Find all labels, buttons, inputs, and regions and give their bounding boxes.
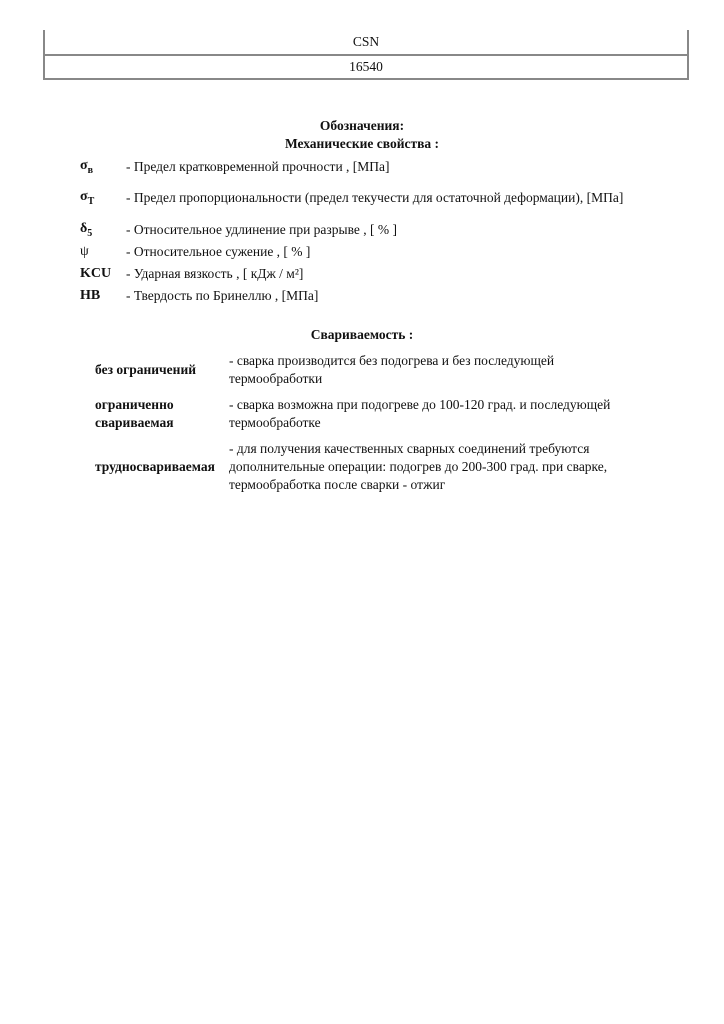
weldability-row: ограниченно свариваемая - сварка возможн… [95,396,635,440]
weldability-term: без ограничений [95,352,229,396]
standard-table: CSN 16540 [43,30,689,80]
symbol: KCU [80,266,126,282]
symbol: δ5 [80,221,126,239]
description: - Предел пропорциональности (предел теку… [126,189,640,207]
legend-item: HB - Твердость по Бринеллю , [МПа] [80,285,640,307]
legend-item: δ5 - Относительное удлинение при разрыве… [80,219,640,241]
symbol: HB [80,288,126,304]
legend-item: σв - Предел кратковременной прочности , … [80,156,640,178]
standard-name-cell: CSN [43,30,689,56]
weldability-table: без ограничений - сварка производится бе… [95,352,635,502]
weldability-title: Свариваемость : [0,327,724,343]
legend-item: σT - Предел пропорциональности (предел т… [80,178,640,218]
mechanical-properties-title: Механические свойства : [0,136,724,152]
symbol: σв [80,158,126,176]
legend-item: ψ - Относительное сужение , [ % ] [80,241,640,263]
weldability-desc: - сварка возможна при подогреве до 100-1… [229,396,635,440]
legend-item: KCU - Ударная вязкость , [ кДж / м²] [80,263,640,285]
weldability-term: ограниченно свариваемая [95,396,229,440]
description: - Предел кратковременной прочности , [МП… [126,158,640,176]
symbol: σT [80,189,126,207]
description: - Ударная вязкость , [ кДж / м²] [126,265,640,283]
legend-title: Обозначения: [0,118,724,134]
description: - Относительное сужение , [ % ] [126,243,640,261]
weldability-row: трудносвариваемая - для получения качест… [95,440,635,502]
description: - Относительное удлинение при разрыве , … [126,221,640,239]
weldability-term: трудносвариваемая [95,440,229,502]
description: - Твердость по Бринеллю , [МПа] [126,287,640,305]
weldability-desc: - сварка производится без подогрева и бе… [229,352,635,396]
standard-number-cell: 16540 [43,56,689,80]
weldability-row: без ограничений - сварка производится бе… [95,352,635,396]
symbol: ψ [80,244,126,260]
weldability-desc: - для получения качественных сварных сое… [229,440,635,502]
legend-list: σв - Предел кратковременной прочности , … [80,156,640,307]
